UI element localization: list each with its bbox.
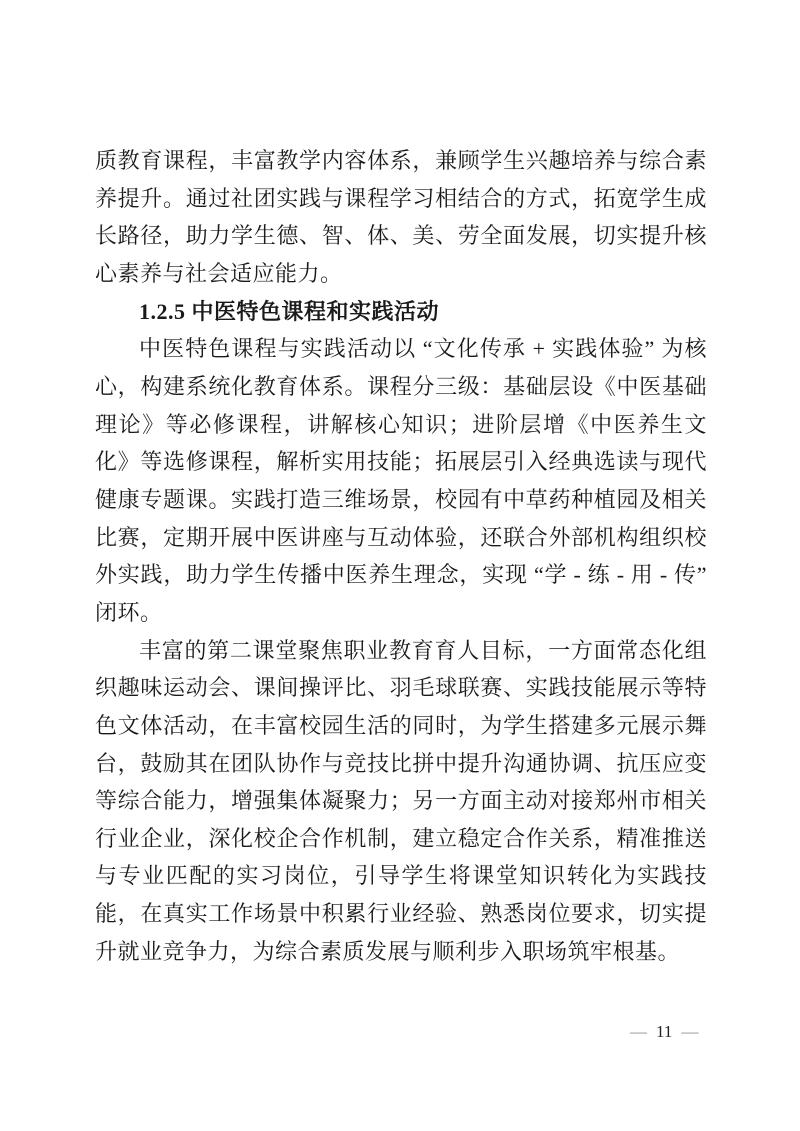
document-page: 质教育课程，丰富教学内容体系，兼顾学生兴趣培养与综合素养提升。通过社团实践与课程… [0, 0, 800, 1131]
page-number: 11 [656, 1022, 672, 1041]
paragraph-tcm-courses: 中医特色课程与实践活动以 “文化传承 + 实践体验” 为核心，构建系统化教育体系… [95, 330, 707, 631]
paragraph-second-classroom: 丰富的第二课堂聚焦职业教育育人目标，一方面常态化组织趣味运动会、课间操评比、羽毛… [95, 632, 707, 971]
paragraph-continuation: 质教育课程，丰富教学内容体系，兼顾学生兴趣培养与综合素养提升。通过社团实践与课程… [95, 142, 707, 293]
footer-dash-right: — [681, 1022, 698, 1041]
page-footer: —11— [630, 1021, 698, 1043]
footer-dash-left: — [630, 1022, 647, 1041]
section-heading-1-2-5: 1.2.5 中医特色课程和实践活动 [95, 293, 707, 331]
page-text-block: 质教育课程，丰富教学内容体系，兼顾学生兴趣培养与综合素养提升。通过社团实践与课程… [95, 142, 707, 970]
